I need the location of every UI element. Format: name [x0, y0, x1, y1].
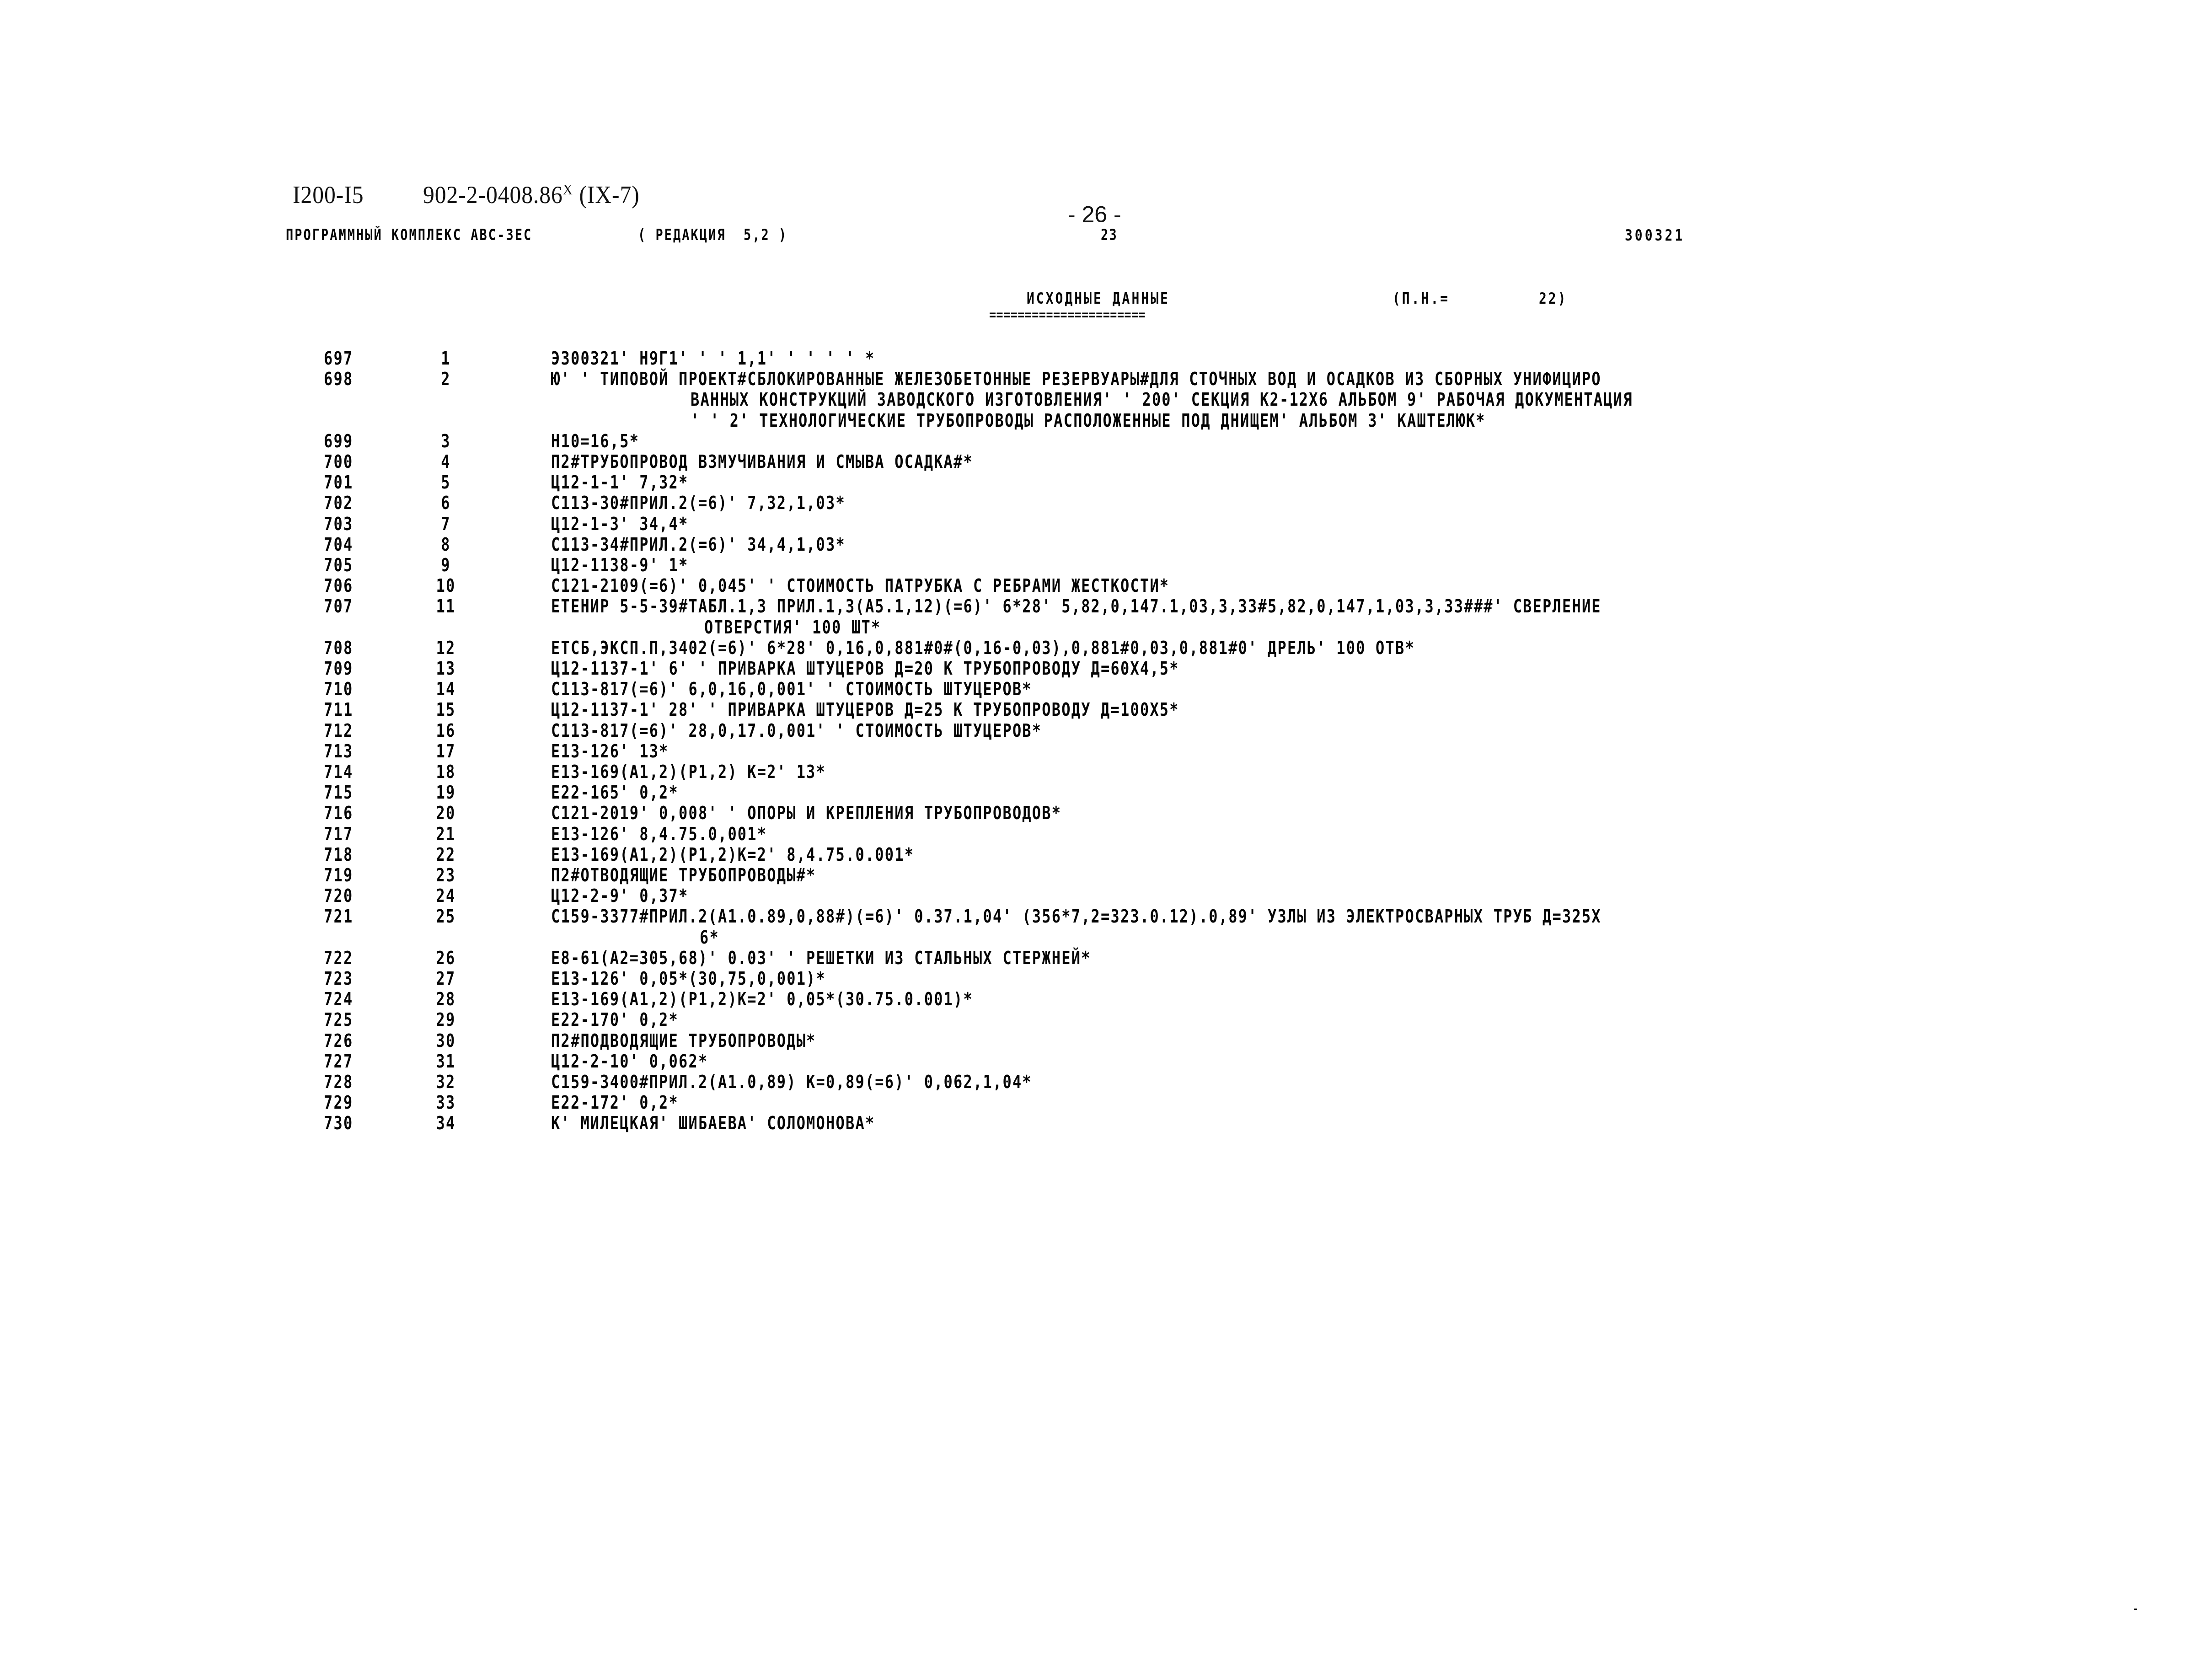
section-ref-value: 22)	[1539, 286, 1568, 311]
scanned-document-page: I200-I5 902-2-0408.86X (IX-7) - 26 - ПРО…	[0, 0, 2212, 1668]
program-edition: ( РЕДАКЦИЯ 5,2 )	[638, 223, 787, 248]
document-section: (IX-7)	[579, 181, 639, 209]
row-line-number: 721	[324, 904, 353, 929]
handwritten-code: I200-I5	[293, 181, 364, 209]
row-line-number: 707	[324, 594, 353, 619]
section-ref-label: (П.Н.=	[1393, 286, 1450, 311]
document-number: 902-2-0408.86X (IX-7)	[423, 181, 640, 209]
row-sequence-number: 25	[432, 904, 460, 929]
row-line-number: 698	[324, 367, 353, 392]
scan-speck	[2134, 1609, 2137, 1610]
row-continuation-text: ' ' 2' ТЕХНОЛОГИЧЕСКИЕ ТРУБОПРОВОДЫ РАСП…	[691, 408, 1486, 434]
row-sequence-number: 2	[432, 367, 460, 392]
document-number-text: 902-2-0408.86	[423, 181, 563, 209]
object-code: 300321	[1625, 223, 1685, 248]
row-sequence-number: 34	[432, 1111, 460, 1136]
program-name: ПРОГРАММНЫЙ КОМПЛЕКС АВС-3ЕС	[286, 223, 532, 248]
row-line-number: 730	[324, 1111, 353, 1136]
section-title-underline: ======================	[989, 302, 1146, 327]
row-sequence-number: 11	[432, 594, 460, 619]
internal-page-number: 23	[1101, 223, 1118, 248]
row-text: К' МИЛЕЦКАЯ' ШИБАЕВА' СОЛОМОНОВА*	[551, 1111, 875, 1136]
document-number-superscript: X	[563, 181, 573, 198]
